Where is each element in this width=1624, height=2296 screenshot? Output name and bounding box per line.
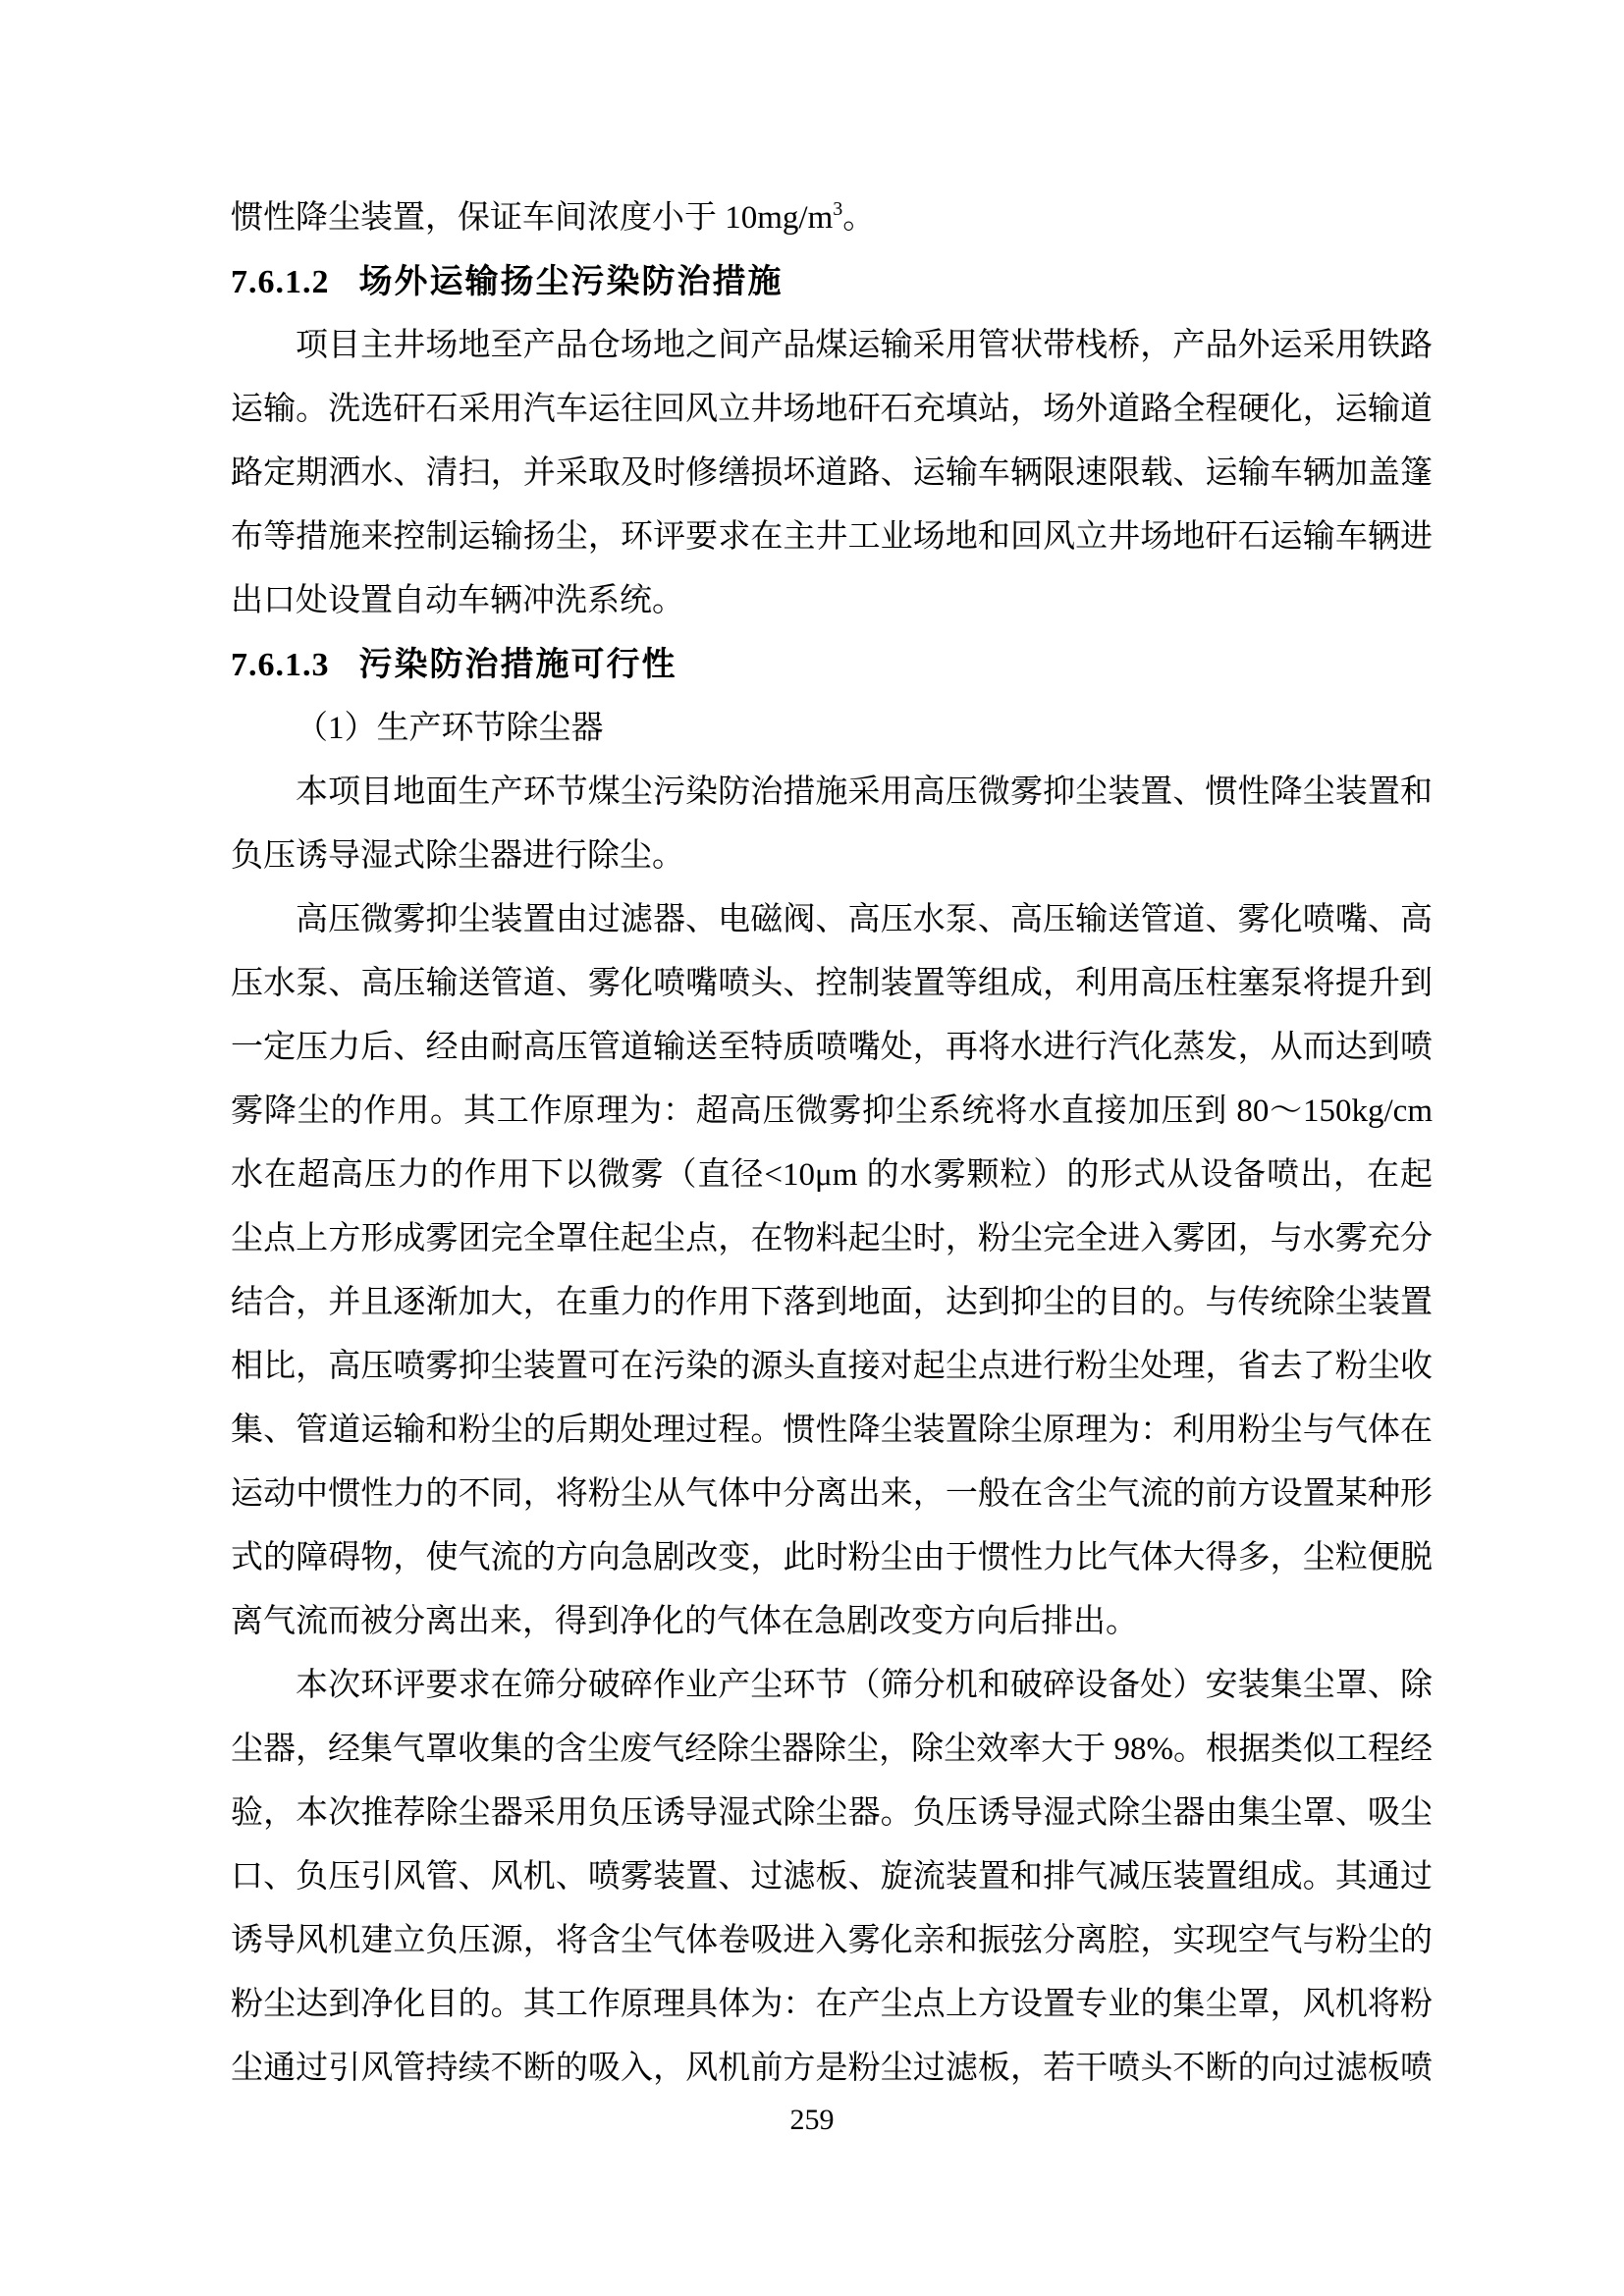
text-segment: 水在超高压力的作用下以微雾（直径<10μm 的水雾颗粒）的形式从设备喷出，在起 [231, 1157, 1433, 1193]
text-line: 运输。洗选矸石采用汽车运往回风立井场地矸石充填站，场外道路全程硬化，运输道 [231, 378, 1433, 442]
text-segment: 路定期洒水、清扫，并采取及时修缮损坏道路、运输车辆限速限载、运输车辆加盖篷 [231, 455, 1433, 491]
text-segment: 一定压力后、经由耐高压管道输送至特质喷嘴处，再将水进行汽化蒸发，从而达到喷 [231, 1030, 1433, 1065]
text-segment: 本次环评要求在筛分破碎作业产尘环节（筛分机和破碎设备处）安装集尘罩、除 [296, 1668, 1433, 1703]
document-page: 惯性降尘装置，保证车间浓度小于 10mg/m3。7.6.1.2场外运输扬尘污染防… [0, 0, 1624, 2296]
text-segment: 集、管道运输和粉尘的后期处理过程。惯性降尘装置除尘原理为：利用粉尘与气体在 [231, 1413, 1433, 1448]
text-segment: 验，本次推荐除尘器采用负压诱导湿式除尘器。负压诱导湿式除尘器由集尘罩、吸尘 [231, 1795, 1433, 1831]
text-segment: 。 [842, 200, 875, 236]
text-line: 出口处设置自动车辆冲洗系统。 [231, 569, 1433, 633]
text-segment: 布等措施来控制运输扬尘，环评要求在主井工业场地和回风立井场地矸石运输车辆进 [231, 519, 1433, 555]
text-line: 结合，并且逐渐加大，在重力的作用下落到地面，达到抑尘的目的。与传统除尘装置 [231, 1271, 1433, 1335]
text-line: 式的障碍物，使气流的方向急剧改变，此时粉尘由于惯性力比气体大得多，尘粒便脱 [231, 1526, 1433, 1590]
text-line: 惯性降尘装置，保证车间浓度小于 10mg/m3。 [231, 187, 1433, 250]
section-heading: 7.6.1.2场外运输扬尘污染防治措施 [231, 250, 1433, 314]
text-line: 压水泵、高压输送管道、雾化喷嘴喷头、控制装置等组成，利用高压柱塞泵将提升到 [231, 952, 1433, 1016]
text-segment: 负压诱导湿式除尘器进行除尘。 [231, 838, 684, 874]
text-segment: 尘通过引风管持续不断的吸入，风机前方是粉尘过滤板，若干喷头不断的向过滤板喷 [231, 2051, 1433, 2086]
text-line: 项目主井场地至产品仓场地之间产品煤运输采用管状带栈桥，产品外运采用铁路 [231, 314, 1433, 378]
text-segment: 运输。洗选矸石采用汽车运往回风立井场地矸石充填站，场外道路全程硬化，运输道 [231, 392, 1433, 427]
text-line: 尘点上方形成雾团完全罩住起尘点，在物料起尘时，粉尘完全进入雾团，与水雾充分 [231, 1207, 1433, 1271]
text-segment: 离气流而被分离出来，得到净化的气体在急剧改变方向后排出。 [231, 1604, 1138, 1639]
text-line: 集、管道运输和粉尘的后期处理过程。惯性降尘装置除尘原理为：利用粉尘与气体在 [231, 1399, 1433, 1463]
section-heading: 7.6.1.3污染防治措施可行性 [231, 633, 1433, 697]
text-line: 离气流而被分离出来，得到净化的气体在急剧改变方向后排出。 [231, 1590, 1433, 1654]
text-segment: 粉尘达到净化目的。其工作原理具体为：在产尘点上方设置专业的集尘罩，风机将粉 [231, 1987, 1433, 2022]
text-segment: 式的障碍物，使气流的方向急剧改变，此时粉尘由于惯性力比气体大得多，尘粒便脱 [231, 1540, 1433, 1575]
heading-title: 场外运输扬尘污染防治措施 [359, 263, 784, 300]
text-line: 相比，高压喷雾抑尘装置可在污染的源头直接对起尘点进行粉尘处理，省去了粉尘收 [231, 1335, 1433, 1399]
text-line: 运动中惯性力的不同，将粉尘从气体中分离出来，一般在含尘气流的前方设置某种形 [231, 1463, 1433, 1526]
text-line: 本项目地面生产环节煤尘污染防治措施采用高压微雾抑尘装置、惯性降尘装置和 [231, 761, 1433, 825]
text-segment: 项目主井场地至产品仓场地之间产品煤运输采用管状带栈桥，产品外运采用铁路 [296, 328, 1433, 363]
text-segment: 诱导风机建立负压源，将含尘气体卷吸进入雾化亲和振弦分离腔，实现空气与粉尘的 [231, 1923, 1433, 1958]
text-segment: 相比，高压喷雾抑尘装置可在污染的源头直接对起尘点进行粉尘处理，省去了粉尘收 [231, 1349, 1433, 1384]
text-segment: 口、负压引风管、风机、喷雾装置、过滤板、旋流装置和排气减压装置组成。其通过 [231, 1859, 1433, 1895]
heading-title: 污染防治措施可行性 [359, 646, 677, 683]
document-body: 惯性降尘装置，保证车间浓度小于 10mg/m3。7.6.1.2场外运输扬尘污染防… [231, 187, 1433, 2101]
text-segment: 出口处设置自动车辆冲洗系统。 [231, 583, 684, 618]
text-segment: 尘点上方形成雾团完全罩住起尘点，在物料起尘时，粉尘完全进入雾团，与水雾充分 [231, 1221, 1433, 1256]
text-line: 诱导风机建立负压源，将含尘气体卷吸进入雾化亲和振弦分离腔，实现空气与粉尘的 [231, 1909, 1433, 1973]
text-line: 尘通过引风管持续不断的吸入，风机前方是粉尘过滤板，若干喷头不断的向过滤板喷 [231, 2037, 1433, 2101]
page-number: 259 [0, 2101, 1624, 2140]
text-line: 尘器，经集气罩收集的含尘废气经除尘器除尘，除尘效率大于 98%。根据类似工程经 [231, 1718, 1433, 1782]
text-segment: 惯性降尘装置，保证车间浓度小于 10mg/m [231, 200, 833, 236]
text-segment: 本项目地面生产环节煤尘污染防治措施采用高压微雾抑尘装置、惯性降尘装置和 [296, 774, 1433, 810]
heading-number: 7.6.1.2 [231, 264, 330, 300]
text-segment: （1）生产环节除尘器 [296, 711, 604, 746]
text-line: 验，本次推荐除尘器采用负压诱导湿式除尘器。负压诱导湿式除尘器由集尘罩、吸尘 [231, 1782, 1433, 1845]
text-segment: 雾降尘的作用。其工作原理为：超高压微雾抑尘系统将水直接加压到 80～150kg/… [231, 1094, 1433, 1129]
text-line: 路定期洒水、清扫，并采取及时修缮损坏道路、运输车辆限速限载、运输车辆加盖篷 [231, 442, 1433, 506]
heading-number: 7.6.1.3 [231, 647, 330, 683]
text-segment: 运动中惯性力的不同，将粉尘从气体中分离出来，一般在含尘气流的前方设置某种形 [231, 1476, 1433, 1512]
text-line: 水在超高压力的作用下以微雾（直径<10μm 的水雾颗粒）的形式从设备喷出，在起 [231, 1144, 1433, 1207]
text-line: 布等措施来控制运输扬尘，环评要求在主井工业场地和回风立井场地矸石运输车辆进 [231, 506, 1433, 569]
text-segment: 高压微雾抑尘装置由过滤器、电磁阀、高压水泵、高压输送管道、雾化喷嘴、高 [296, 902, 1433, 937]
text-line: 一定压力后、经由耐高压管道输送至特质喷嘴处，再将水进行汽化蒸发，从而达到喷 [231, 1016, 1433, 1080]
text-segment: 压水泵、高压输送管道、雾化喷嘴喷头、控制装置等组成，利用高压柱塞泵将提升到 [231, 966, 1433, 1001]
text-line: 高压微雾抑尘装置由过滤器、电磁阀、高压水泵、高压输送管道、雾化喷嘴、高 [231, 888, 1433, 952]
text-line: 雾降尘的作用。其工作原理为：超高压微雾抑尘系统将水直接加压到 80～150kg/… [231, 1080, 1433, 1144]
text-segment: 尘器，经集气罩收集的含尘废气经除尘器除尘，除尘效率大于 98%。根据类似工程经 [231, 1732, 1433, 1767]
text-line: 本次环评要求在筛分破碎作业产尘环节（筛分机和破碎设备处）安装集尘罩、除 [231, 1654, 1433, 1718]
text-line: 粉尘达到净化目的。其工作原理具体为：在产尘点上方设置专业的集尘罩，风机将粉 [231, 1973, 1433, 2037]
text-segment: 结合，并且逐渐加大，在重力的作用下落到地面，达到抑尘的目的。与传统除尘装置 [231, 1285, 1433, 1320]
text-line: 负压诱导湿式除尘器进行除尘。 [231, 825, 1433, 888]
text-line: （1）生产环节除尘器 [231, 697, 1433, 761]
superscript: 3 [833, 198, 842, 220]
text-line: 口、负压引风管、风机、喷雾装置、过滤板、旋流装置和排气减压装置组成。其通过 [231, 1845, 1433, 1909]
